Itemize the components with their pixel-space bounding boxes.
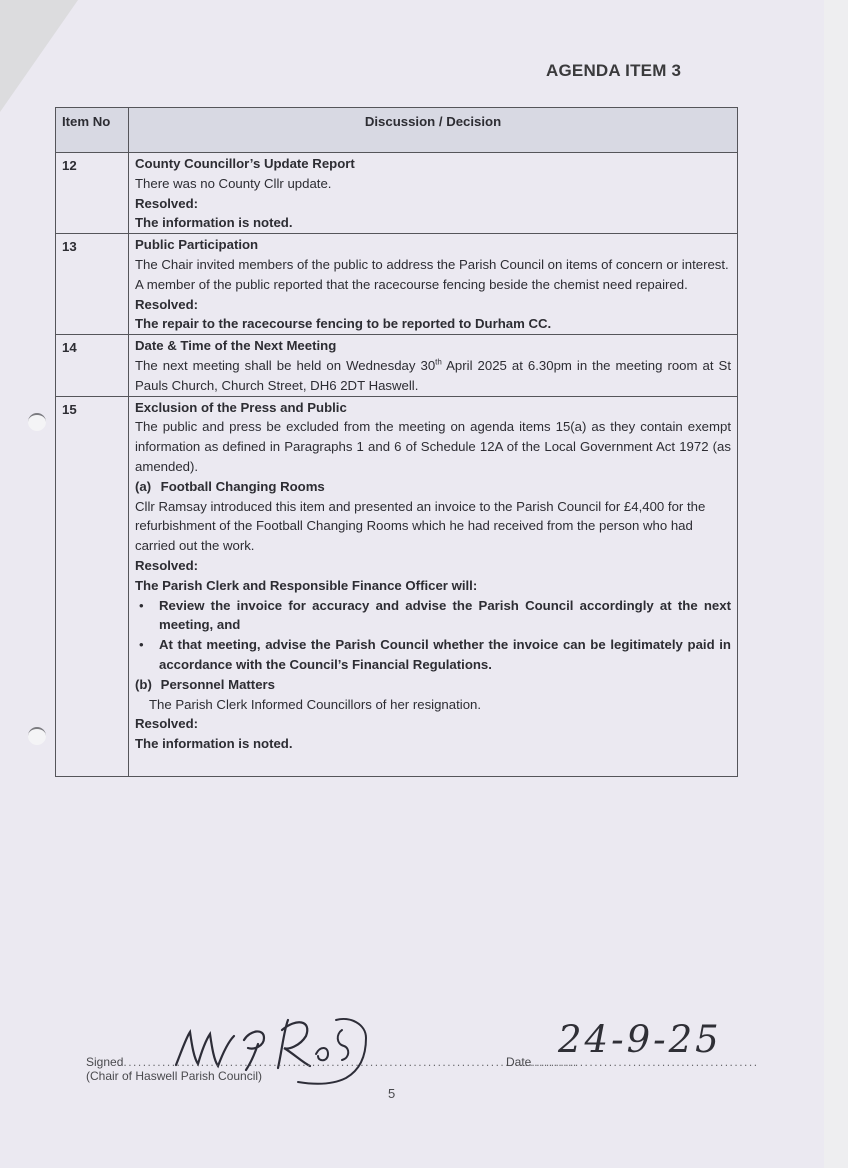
item-text: There was no County Cllr update. <box>135 174 731 194</box>
document-page: AGENDA ITEM 3 Item No Discussion / Decis… <box>0 0 824 1168</box>
signed-label: Signed <box>86 1055 123 1069</box>
sub-item-label: (a) <box>135 477 157 497</box>
table-header-row: Item No Discussion / Decision <box>56 108 738 153</box>
item-discussion: Public Participation The Chair invited m… <box>129 234 738 335</box>
item-heading: Date & Time of the Next Meeting <box>135 336 731 356</box>
item-number: 12 <box>56 153 129 234</box>
item-text: The next meeting shall be held on Wednes… <box>135 356 731 396</box>
item-number: 15 <box>56 396 129 776</box>
resolved-label: Resolved: <box>135 714 731 734</box>
table-row: 12 County Councillor’s Update Report The… <box>56 153 738 234</box>
item-number: 14 <box>56 335 129 396</box>
column-header-item-no: Item No <box>56 108 129 153</box>
resolved-intro: The Parish Clerk and Responsible Finance… <box>135 576 731 596</box>
item-text: A member of the public reported that the… <box>135 275 731 295</box>
resolved-text: The repair to the racecourse fencing to … <box>135 314 731 334</box>
sub-item-title: Football Changing Rooms <box>161 479 325 494</box>
bullet-item: Review the invoice for accuracy and advi… <box>159 596 731 636</box>
sub-item-heading: (b) Personnel Matters <box>135 675 731 695</box>
item-discussion: County Councillor’s Update Report There … <box>129 153 738 234</box>
minutes-table: Item No Discussion / Decision 12 County … <box>55 107 738 777</box>
page-number: 5 <box>388 1086 395 1101</box>
date-line: Date....................................… <box>506 1055 759 1069</box>
sub-item-text: Cllr Ramsay introduced this item and pre… <box>135 497 731 556</box>
item-heading: County Councillor’s Update Report <box>135 154 731 174</box>
item-text: The public and press be excluded from th… <box>135 417 731 476</box>
table-row: 13 Public Participation The Chair invite… <box>56 234 738 335</box>
item-heading: Exclusion of the Press and Public <box>135 398 731 418</box>
resolved-label: Resolved: <box>135 556 731 576</box>
sub-item-text: The Parish Clerk Informed Councillors of… <box>135 695 731 715</box>
item-heading: Public Participation <box>135 235 731 255</box>
punch-hole-icon <box>28 413 46 431</box>
ordinal-suffix: th <box>435 358 442 367</box>
item-number: 13 <box>56 234 129 335</box>
item-text: The Chair invited members of the public … <box>135 255 731 275</box>
chair-label: (Chair of Haswell Parish Council) <box>86 1069 262 1083</box>
sub-item-title: Personnel Matters <box>161 677 275 692</box>
resolution-bullets: Review the invoice for accuracy and advi… <box>135 596 731 675</box>
resolved-label: Resolved: <box>135 194 731 214</box>
sub-item-label: (b) <box>135 675 157 695</box>
table-row: 14 Date & Time of the Next Meeting The n… <box>56 335 738 396</box>
resolved-text: The information is noted. <box>135 213 731 233</box>
scanner-edge <box>824 0 848 1168</box>
agenda-item-title: AGENDA ITEM 3 <box>546 61 681 81</box>
resolved-text: The information is noted. <box>135 734 731 754</box>
signed-line: Signed..................................… <box>86 1055 578 1069</box>
resolved-label: Resolved: <box>135 295 731 315</box>
table-row: 15 Exclusion of the Press and Public The… <box>56 396 738 776</box>
sub-item-heading: (a) Football Changing Rooms <box>135 477 731 497</box>
bullet-item: At that meeting, advise the Parish Counc… <box>159 635 731 675</box>
date-label: Date <box>506 1055 531 1069</box>
punch-hole-icon <box>28 727 46 745</box>
column-header-discussion: Discussion / Decision <box>129 108 738 153</box>
date-dotted-line: ........................................… <box>531 1055 758 1069</box>
item-discussion: Exclusion of the Press and Public The pu… <box>129 396 738 776</box>
item-discussion: Date & Time of the Next Meeting The next… <box>129 335 738 396</box>
meeting-text-part: The next meeting shall be held on Wednes… <box>135 358 435 373</box>
